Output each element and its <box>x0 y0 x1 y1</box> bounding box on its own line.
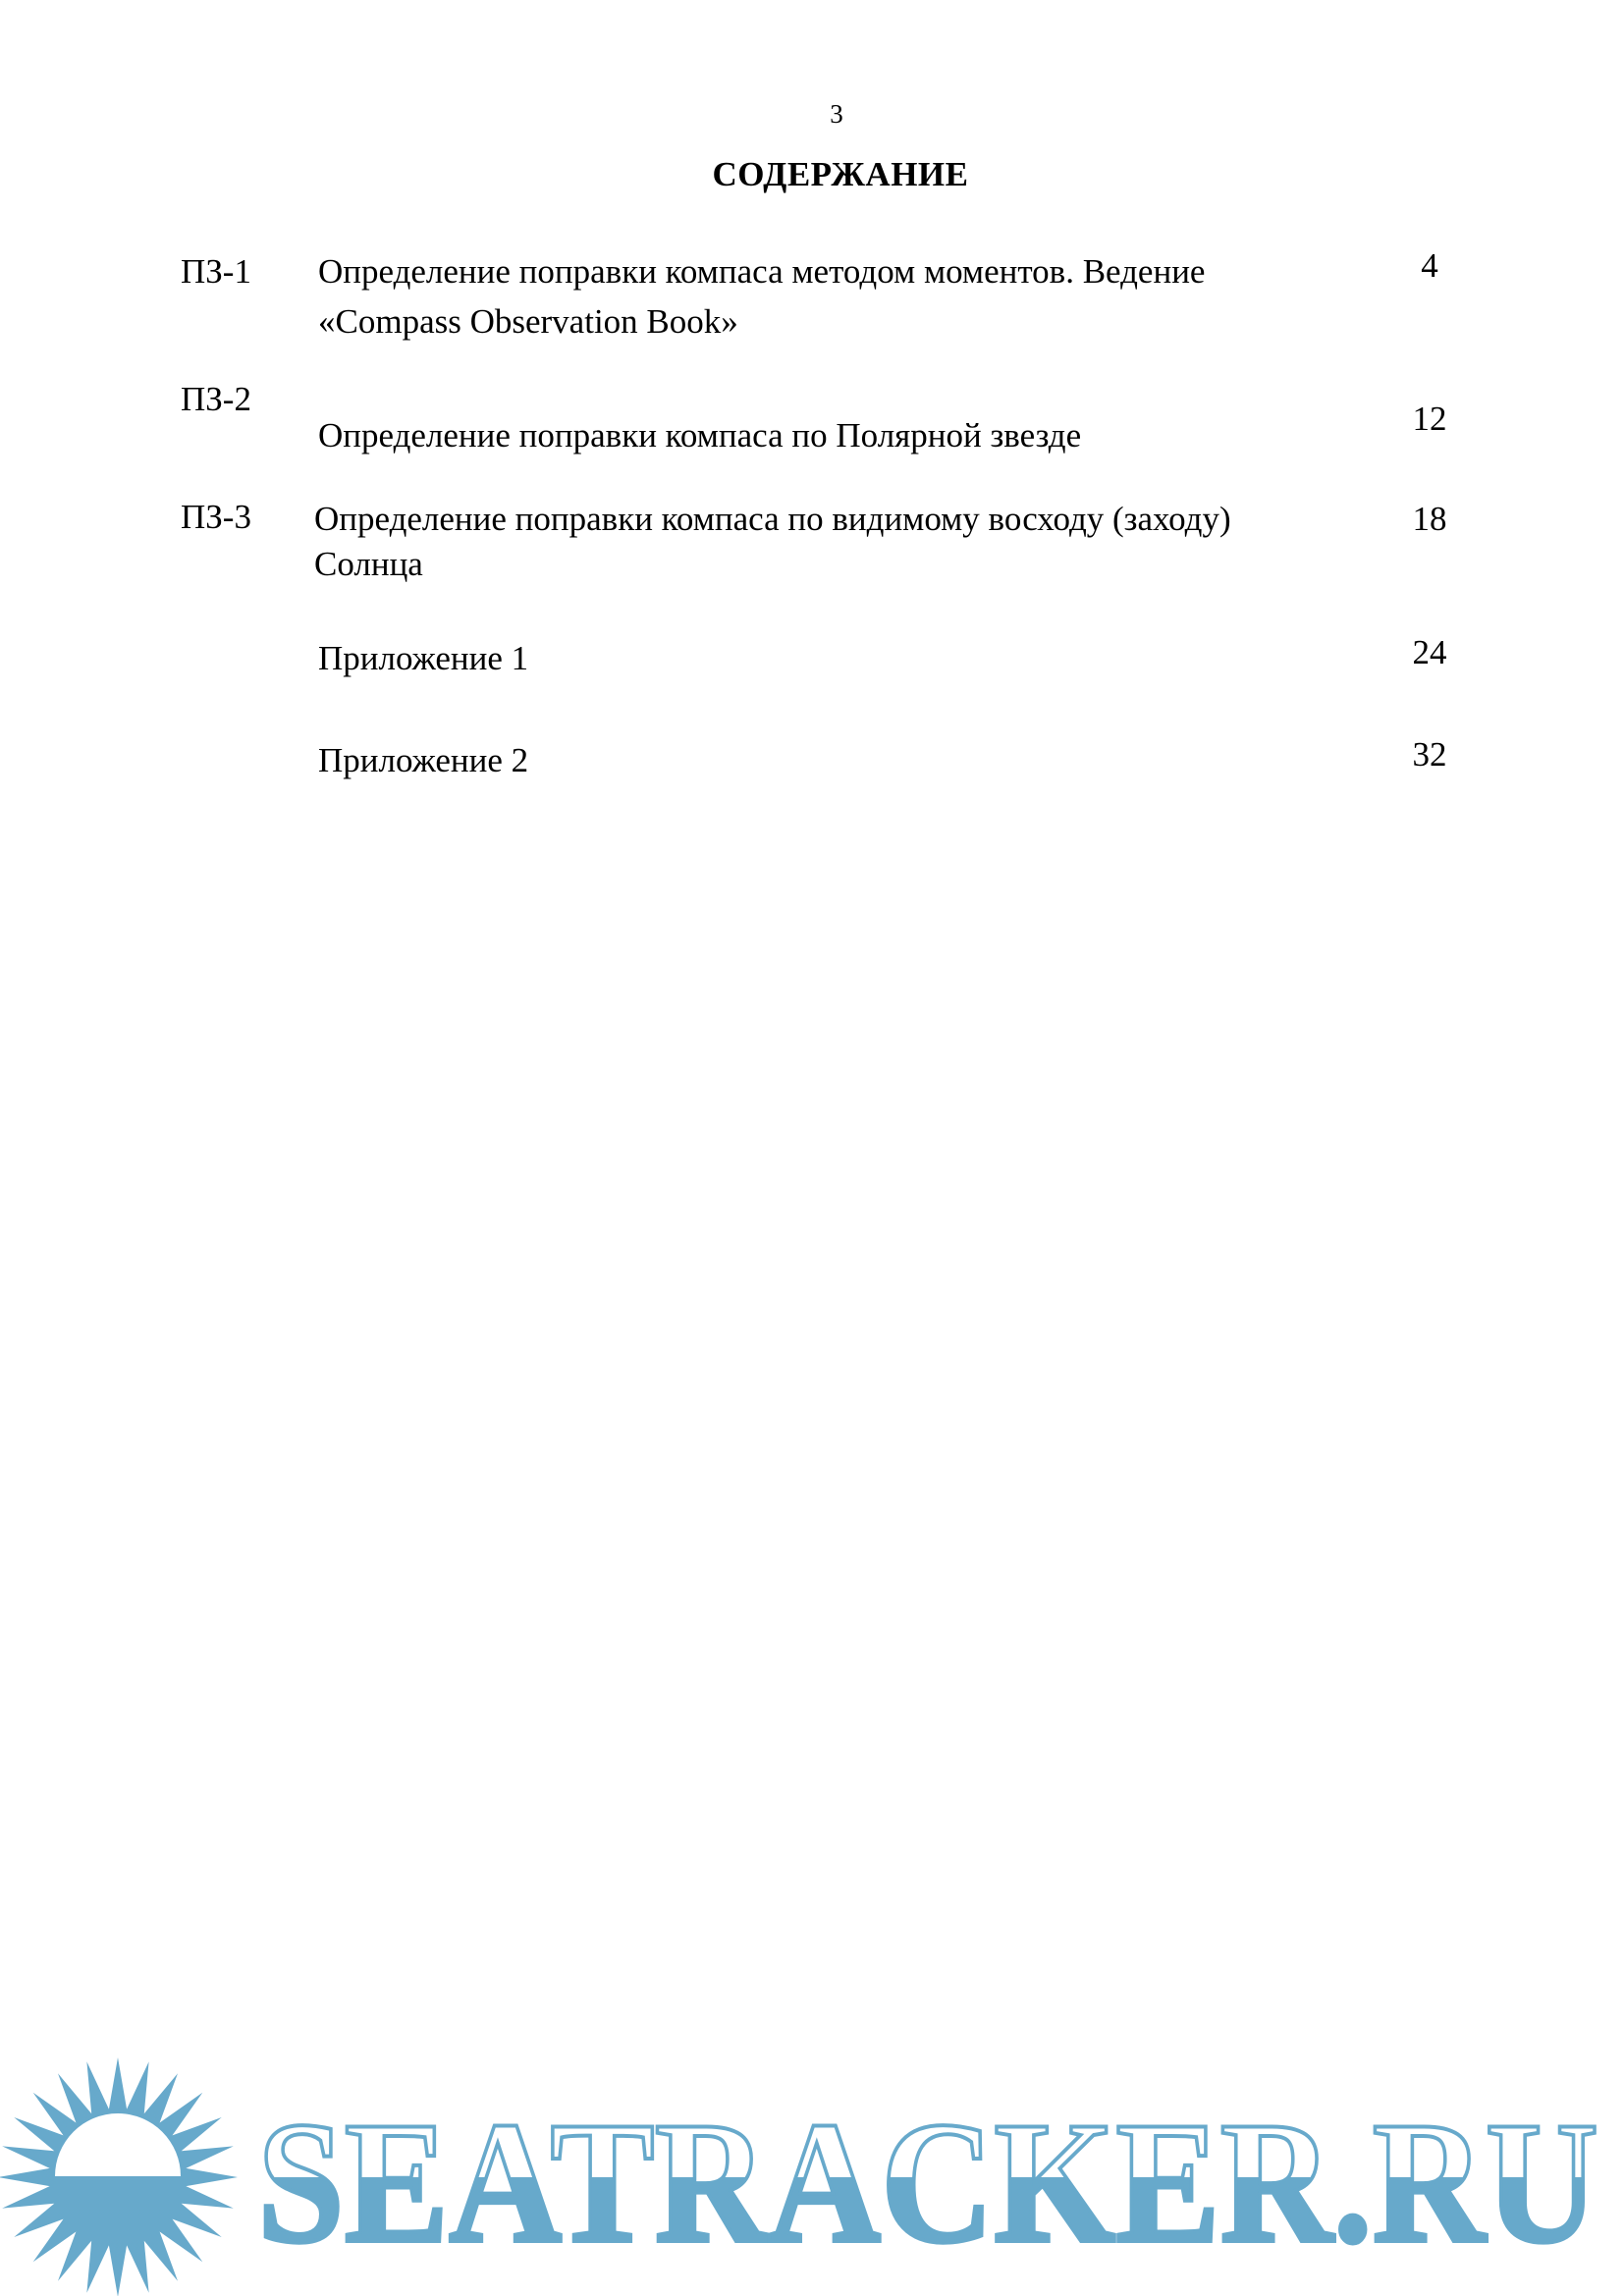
toc-entry-page: 32 <box>1394 732 1465 777</box>
toc-entry-page: 4 <box>1394 243 1465 289</box>
toc-entry-page: 18 <box>1394 497 1465 542</box>
toc-entry-title: Определение поправки компаса по Полярной… <box>318 413 1379 458</box>
toc-entry-title-line: «Compass Observation Book» <box>318 299 1379 345</box>
watermark-text: SEATRACKER.RU SEATRACKER.RU <box>257 2085 1598 2279</box>
toc-entry-page: 24 <box>1394 630 1465 675</box>
toc-entry-title: Определение поправки компаса методом мом… <box>318 249 1379 345</box>
toc-entry-title-line: Определение поправки компаса по Полярной… <box>318 413 1379 458</box>
toc-entry-title: Приложение 2 <box>318 738 1379 783</box>
toc-entry-title-line: Приложение 1 <box>318 636 1379 681</box>
toc-entry-label: ПЗ-2 <box>181 377 251 422</box>
toc-entry-page: 12 <box>1394 397 1465 442</box>
toc-entry-label: ПЗ-3 <box>181 495 251 540</box>
watermark-logo: SEATRACKER.RU SEATRACKER.RU <box>0 2052 1624 2296</box>
toc-entry-title-line: Определение поправки компаса методом мом… <box>318 249 1379 294</box>
toc-entry-title-line: Определение поправки компаса по видимому… <box>314 497 1375 542</box>
toc-entry-title-line: Солнца <box>314 542 1375 587</box>
toc-entry-title: Определение поправки компаса по видимому… <box>314 497 1375 587</box>
sun-icon <box>0 2057 238 2296</box>
toc-entry-title-line: Приложение 2 <box>318 738 1379 783</box>
toc-entry-label: ПЗ-1 <box>181 249 251 294</box>
table-of-contents: ПЗ-1 Определение поправки компаса методо… <box>0 0 1624 805</box>
toc-entry-title: Приложение 1 <box>318 636 1379 681</box>
